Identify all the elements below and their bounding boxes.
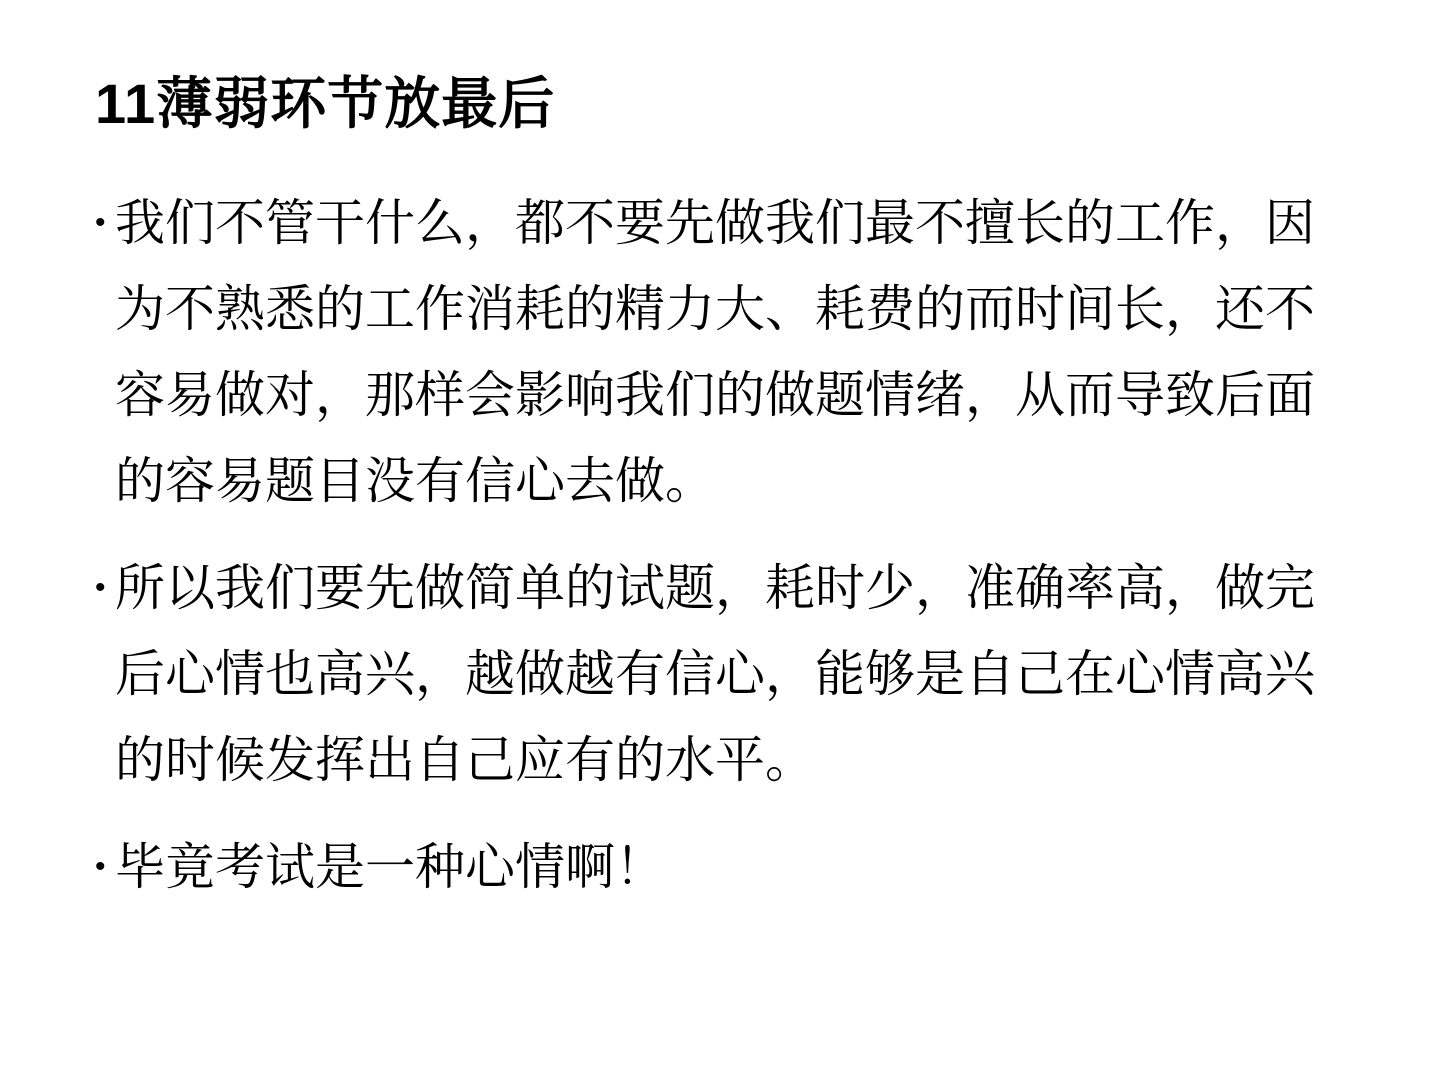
page-title: 11薄弱环节放最后 xyxy=(95,72,1356,136)
list-item: • 毕竟考试是一种心情啊！ xyxy=(95,824,1357,910)
bullet-text: 毕竟考试是一种心情啊！ xyxy=(115,824,1357,910)
list-item: • 所以我们要先做简单的试题，耗时少，准确率高，做完后心情也高兴，越做越有信心，… xyxy=(95,545,1357,803)
list-item: • 我们不管干什么，都不要先做我们最不擅长的工作，因为不熟悉的工作消耗的精力大、… xyxy=(95,180,1357,524)
bullet-icon: • xyxy=(95,824,115,910)
bullet-list: • 我们不管干什么，都不要先做我们最不擅长的工作，因为不熟悉的工作消耗的精力大、… xyxy=(95,180,1357,910)
slide-page: 11薄弱环节放最后 • 我们不管干什么，都不要先做我们最不擅长的工作，因为不熟悉… xyxy=(0,0,1440,1080)
bullet-text: 所以我们要先做简单的试题，耗时少，准确率高，做完后心情也高兴，越做越有信心，能够… xyxy=(115,545,1357,803)
bullet-text: 我们不管干什么，都不要先做我们最不擅长的工作，因为不熟悉的工作消耗的精力大、耗费… xyxy=(115,180,1357,524)
bullet-icon: • xyxy=(95,545,115,631)
bullet-icon: • xyxy=(95,180,115,266)
